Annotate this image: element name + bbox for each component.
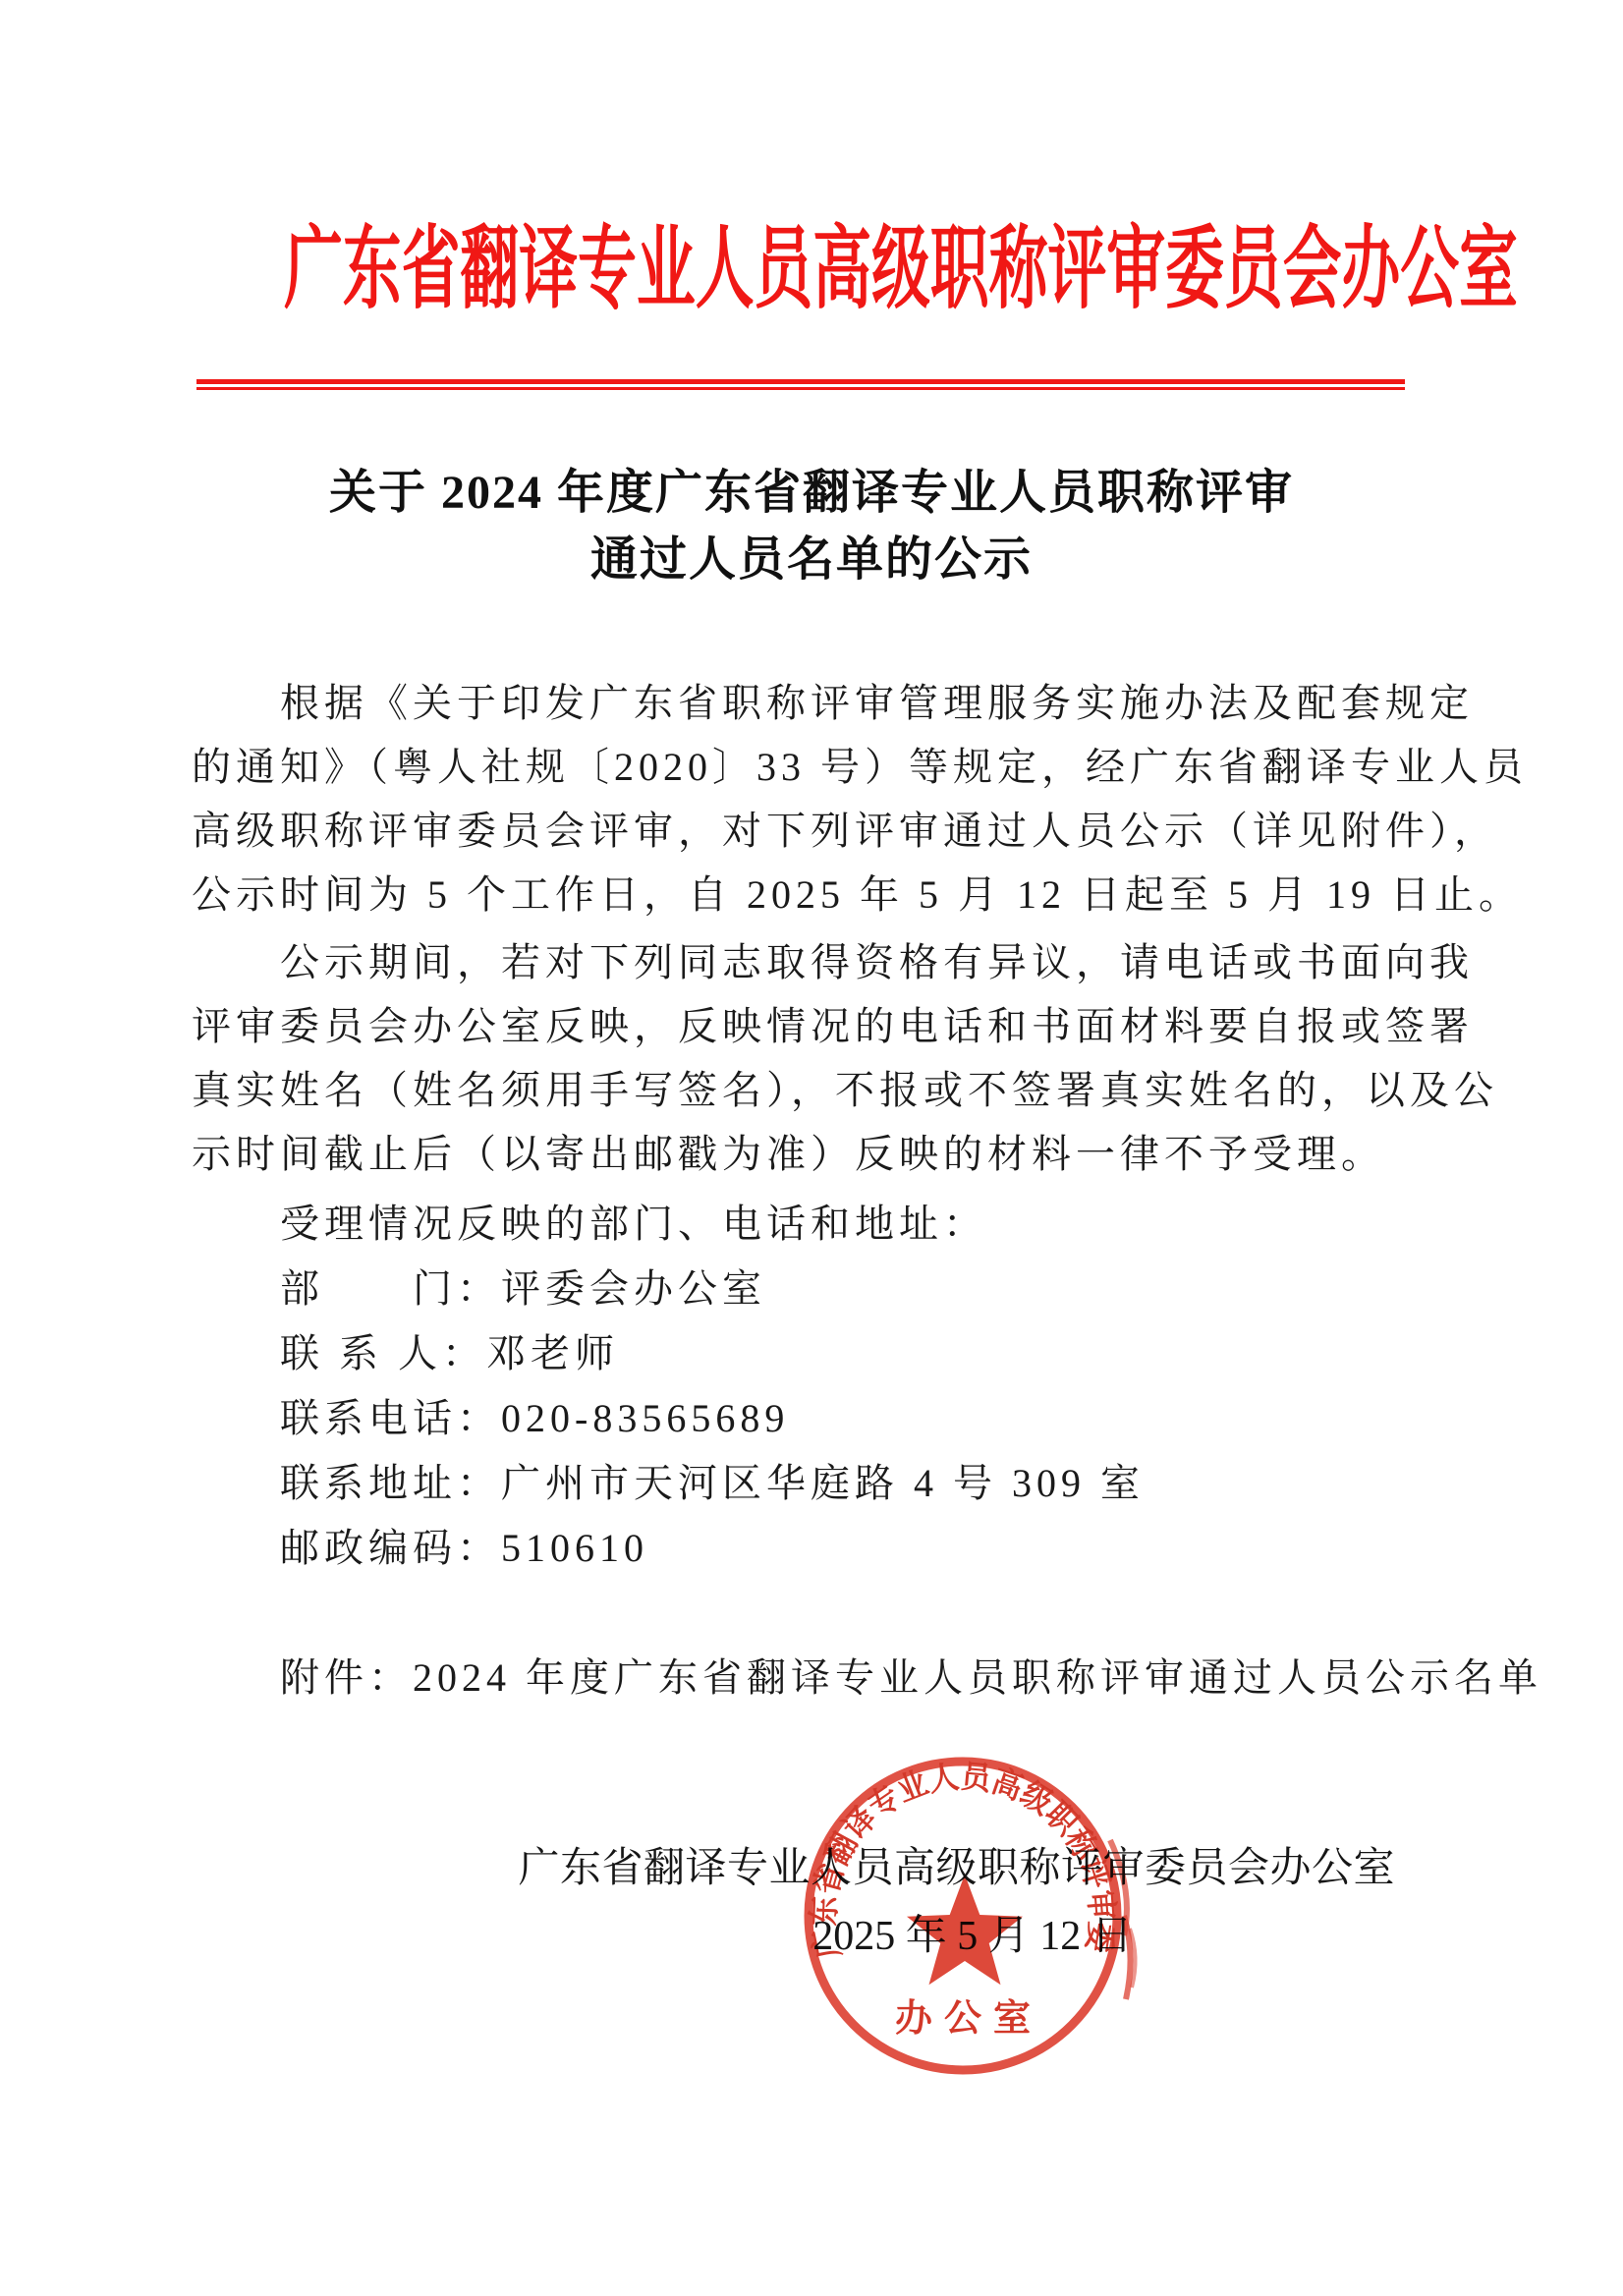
signoff-org-name: 广东省翻译专业人员高级职称评审委员会办公室: [518, 1846, 1395, 1891]
letterhead-double-rule: [196, 379, 1405, 390]
paragraph-line: 示时间截止后（以寄出邮戳为准）反映的材料一律不予受理。: [192, 1122, 1439, 1186]
paragraph-line: 根据《关于印发广东省职称评审管理服务实施办法及配套规定: [192, 671, 1439, 735]
contact-heading: 受理情况反映的部门、电话和地址：: [192, 1192, 1439, 1257]
paragraph-line: 评审委员会办公室反映，反映情况的电话和书面材料要自报或签署: [192, 994, 1439, 1058]
paragraph-line: 高级职称评审委员会评审，对下列评审通过人员公示（详见附件），: [192, 799, 1439, 863]
paragraph-objection: 公示期间，若对下列同志取得资格有异议，请电话或书面向我 评审委员会办公室反映，反…: [192, 930, 1439, 1186]
signoff-date: 2025 年 5 月 12 日: [812, 1914, 1133, 1959]
contact-phone: 联系电话：020-83565689: [192, 1386, 1439, 1451]
document-page: 广东省翻译专业人员高级职称评审委员会办公室 关于 2024 年度广东省翻译专业人…: [0, 0, 1623, 2296]
paragraph-line: 真实姓名（姓名须用手写签名），不报或不签署真实姓名的，以及公: [192, 1058, 1439, 1122]
paragraph-line: 公示期间，若对下列同志取得资格有异议，请电话或书面向我: [192, 930, 1439, 994]
contact-address: 联系地址：广州市天河区华庭路 4 号 309 室: [192, 1451, 1439, 1516]
letterhead-org-title: 广东省翻译专业人员高级职称评审委员会办公室: [284, 222, 1339, 316]
document-title: 关于 2024 年度广东省翻译专业人员职称评审 通过人员名单的公示: [0, 460, 1623, 593]
paragraph-line: 公示时间为 5 个工作日，自 2025 年 5 月 12 日起至 5 月 19 …: [192, 863, 1439, 926]
contact-person: 联 系 人：邓老师: [192, 1321, 1439, 1386]
contact-info-block: 受理情况反映的部门、电话和地址： 部 门：评委会办公室 联 系 人：邓老师 联系…: [192, 1192, 1439, 1581]
paragraph-basis: 根据《关于印发广东省职称评审管理服务实施办法及配套规定 的通知》（粤人社规〔20…: [192, 671, 1439, 926]
contact-postcode: 邮政编码：510610: [192, 1516, 1439, 1581]
seal-bottom-text: 办公室: [895, 1998, 1042, 2040]
paragraph-line: 的通知》（粤人社规〔2020〕33 号）等规定，经广东省翻译专业人员: [192, 735, 1439, 799]
document-title-line1: 关于 2024 年度广东省翻译专业人员职称评审: [0, 460, 1623, 527]
contact-department: 部 门：评委会办公室: [192, 1257, 1439, 1321]
document-title-line2: 通过人员名单的公示: [0, 527, 1623, 593]
attachment-line: 附件：2024 年度广东省翻译专业人员职称评审通过人员公示名单: [192, 1646, 1528, 1709]
